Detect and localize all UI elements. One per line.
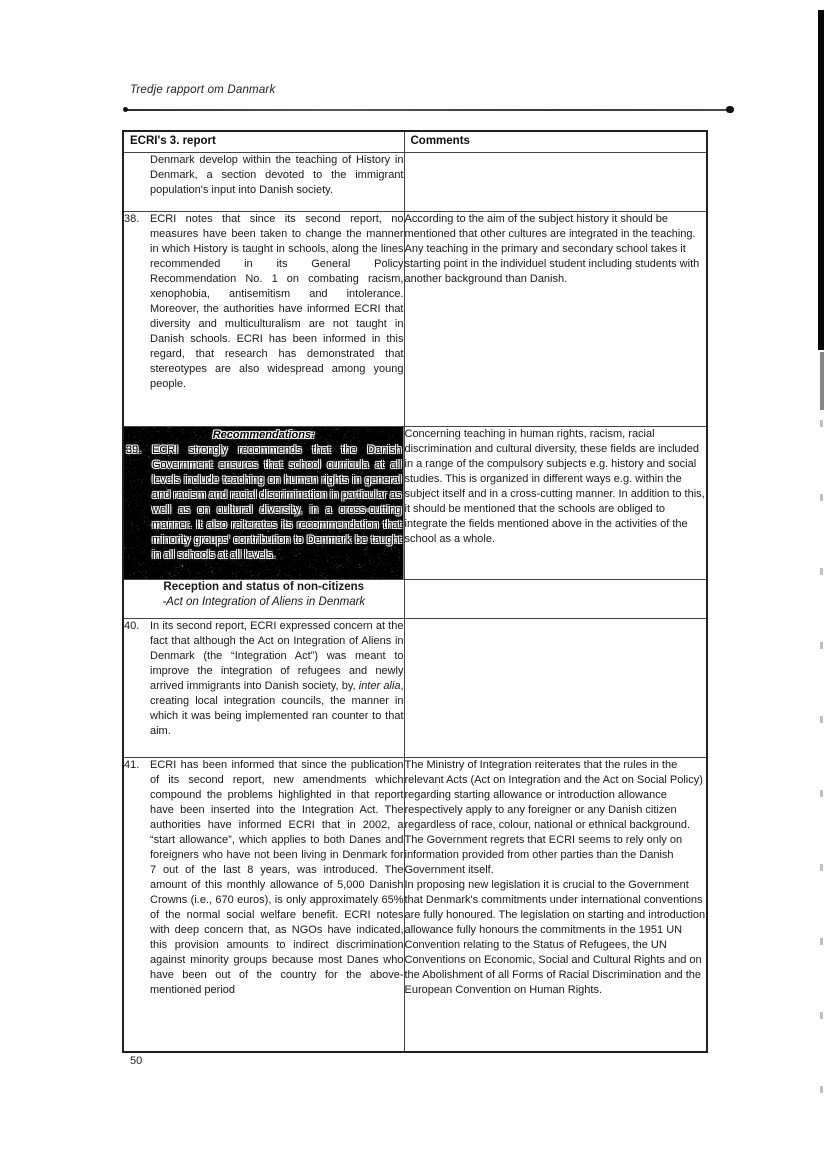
- item-number: 38.: [124, 212, 150, 392]
- item-38-text: ECRI notes that since its second report,…: [150, 212, 404, 392]
- section-subtitle: -Act on Integration of Aliens in Denmark: [124, 595, 404, 610]
- table-row-item-41: 41. ECRI has been informed that since th…: [123, 758, 707, 1053]
- table-row-item-40: 40. In its second report, ECRI expressed…: [123, 619, 707, 758]
- table-row-continuation: Denmark develop within the teaching of H…: [123, 153, 707, 212]
- recommendations-heading: Recommendations:: [126, 428, 402, 443]
- scan-edge-artifact-fade: [820, 352, 824, 410]
- table-header-row: ECRI's 3. report Comments: [123, 131, 707, 153]
- section-title: Reception and status of non-citizens: [124, 580, 404, 595]
- scanned-document-page: Tredje rapport om Danmark ECRI's 3. repo…: [0, 0, 824, 1169]
- running-header-title: Tredje rapport om Danmark: [130, 84, 275, 96]
- col-header-ecri-report: ECRI's 3. report: [123, 131, 404, 153]
- item-number: 39.: [126, 443, 152, 563]
- item-39-text: ECRI strongly recommends that the Danish…: [152, 443, 402, 563]
- item-41-text: ECRI has been informed that since the pu…: [150, 758, 404, 998]
- scan-edge-artifact: [818, 10, 824, 350]
- item-40-text: In its second report, ECRI expressed con…: [150, 619, 404, 739]
- table-row-section-heading: Reception and status of non-citizens -Ac…: [123, 580, 707, 619]
- comment-39-text: Concerning teaching in human rights, rac…: [405, 427, 707, 547]
- item-number: 41.: [124, 758, 150, 998]
- table-row-item-38: 38. ECRI notes that since its second rep…: [123, 212, 707, 427]
- ecri-report-table: ECRI's 3. report Comments Denmark develo…: [122, 130, 708, 1053]
- comment-41-paragraph: The Ministry of Integration reiterates t…: [405, 758, 707, 833]
- continuation-paragraph: Denmark develop within the teaching of H…: [150, 153, 404, 198]
- page-number: 50: [130, 1055, 142, 1067]
- table-row-item-39-recommendation: Recommendations: 39. ECRI strongly recom…: [123, 427, 707, 580]
- header-rule: [125, 109, 731, 111]
- scan-edge-dashes: [820, 420, 823, 1150]
- empty-comment-cell: [404, 580, 707, 619]
- empty-comment-cell: [404, 153, 707, 212]
- empty-comment-cell: [404, 619, 707, 758]
- comment-41-paragraph: In proposing new legislation it is cruci…: [405, 878, 707, 998]
- comment-41-paragraph: The Government regrets that ECRI seems t…: [405, 833, 707, 878]
- rule-left-dot: [123, 107, 128, 112]
- rule-right-dot: [726, 106, 734, 113]
- latin-phrase: inter alia: [359, 680, 401, 692]
- col-header-comments: Comments: [404, 131, 707, 153]
- comment-38-text: According to the aim of the subject hist…: [405, 212, 707, 287]
- item-number: 40.: [124, 619, 150, 739]
